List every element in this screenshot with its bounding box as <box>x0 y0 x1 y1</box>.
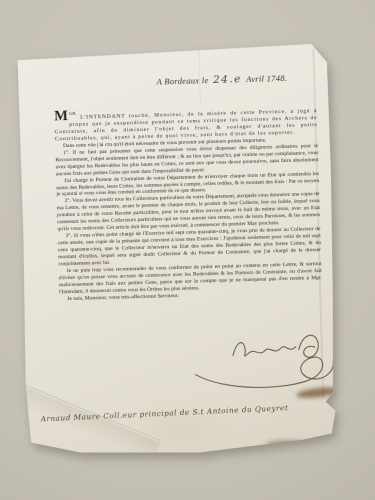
handwritten-day: 24.e <box>211 73 244 86</box>
dateline-suffix: Avril 1748. <box>246 73 287 84</box>
dog-ear-corner <box>312 44 327 61</box>
document-paper: A Bordeaux le 24.e Avril 1748. MGR. L'IN… <box>16 43 339 458</box>
letter-body: MGR. L'INTENDANT touché, Monsieur, de la… <box>54 104 322 303</box>
photo-background: A Bordeaux le 24.e Avril 1748. MGR. L'IN… <box>0 0 375 500</box>
handwritten-annotation: Arnaud Maure Coll.eur principal de S.t A… <box>40 401 325 423</box>
dateline-prefix: A Bordeaux le <box>156 75 208 86</box>
paper-wrapper: A Bordeaux le 24.e Avril 1748. MGR. L'IN… <box>16 43 339 458</box>
drop-cap: M <box>54 111 69 123</box>
fold-shade <box>11 384 160 462</box>
ink-stain-bottom <box>265 440 305 448</box>
ink-stain-top <box>47 52 55 56</box>
signature-flourish <box>174 327 341 404</box>
dateline: A Bordeaux le 24.e Avril 1748. <box>156 72 287 88</box>
drop-cap-superscript: GR. <box>69 111 78 116</box>
